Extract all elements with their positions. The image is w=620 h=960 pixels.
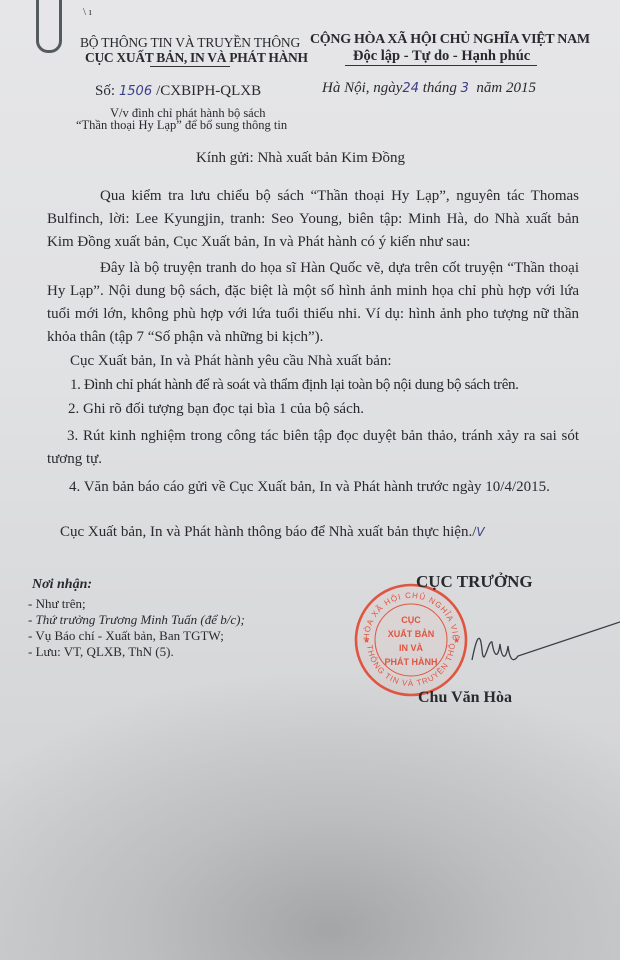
body-paragraph-2: Đây là bộ truyện tranh do họa sĩ Hàn Quố…	[47, 257, 579, 349]
recipient-item: - Vụ Báo chí - Xuất bản, Ban TGTW;	[28, 628, 224, 644]
national-motto: Độc lập - Tự do - Hạnh phúc	[353, 48, 530, 65]
request-intro: Cục Xuất bản, In và Phát hành yêu cầu Nh…	[70, 353, 392, 370]
request-item-3: 3. Rút kinh nghiệm trong công tác biên t…	[47, 425, 579, 471]
date-year: năm 2015	[476, 80, 536, 96]
handwritten-number: 1506	[119, 84, 152, 99]
svg-text:CỤC: CỤC	[401, 615, 421, 625]
pen-mark: \ ı	[83, 6, 92, 18]
greeting: Kính gửi: Nhà xuất bản Kim Đồng	[196, 150, 405, 167]
signatory-title: CỤC TRƯỞNG	[416, 572, 533, 592]
svg-text:★: ★	[453, 636, 460, 645]
ministry-name: BỘ THÔNG TIN VÀ TRUYỀN THÔNG	[80, 35, 300, 51]
country-name: CỘNG HÒA XÃ HỘI CHỦ NGHĨA VIỆT NAM	[310, 32, 590, 48]
date-place: Hà Nội, ngày	[322, 80, 402, 96]
request-item-2: 2. Ghi rõ đối tượng bạn đọc tại bìa 1 củ…	[68, 401, 364, 418]
closing-text: Cục Xuất bản, In và Phát hành thông báo …	[60, 524, 476, 540]
date-month-label: tháng	[423, 80, 457, 96]
body-paragraph-1: Qua kiểm tra lưu chiểu bộ sách “Thần tho…	[47, 185, 579, 254]
subject-line-2: “Thần thoại Hy Lạp” để bổ sung thông tin	[76, 118, 287, 133]
svg-text:IN VÀ: IN VÀ	[399, 643, 424, 653]
svg-text:★: ★	[363, 636, 370, 645]
initial-mark: V	[476, 525, 484, 539]
department-underline	[150, 66, 230, 67]
number-suffix: /CXBIPH-QLXB	[156, 83, 261, 99]
signer-name: Chu Văn Hòa	[418, 689, 512, 707]
recipient-item: - Thứ trưởng Trương Minh Tuấn (để b/c);	[28, 612, 245, 628]
number-prefix: Số:	[95, 83, 115, 99]
recipient-item: - Lưu: VT, QLXB, ThN (5).	[28, 644, 174, 660]
document-page: \ ı BỘ THÔNG TIN VÀ TRUYỀN THÔNG CỤC XUẤ…	[0, 0, 620, 960]
motto-underline	[345, 65, 537, 66]
recipient-item: - Như trên;	[28, 596, 86, 612]
closing-line: Cục Xuất bản, In và Phát hành thông báo …	[60, 524, 485, 541]
date-day: 24	[402, 81, 419, 96]
document-number: Số:1506/CXBIPH-QLXB	[95, 83, 261, 100]
department-name: CỤC XUẤT BẢN, IN VÀ PHÁT HÀNH	[85, 50, 308, 66]
official-stamp-icon: CỘNG HÒA XÃ HỘI CHỦ NGHĨA VIỆT NAM BỘ TH…	[353, 582, 469, 698]
svg-text:XUẤT BẢN: XUẤT BẢN	[388, 628, 435, 639]
handwritten-signature-icon	[470, 620, 620, 680]
date-month: 3	[461, 81, 469, 96]
recipients-title: Nơi nhận:	[32, 577, 92, 593]
request-item-1: 1. Đình chỉ phát hành để rà soát và thẩm…	[70, 377, 519, 394]
svg-text:PHÁT HÀNH: PHÁT HÀNH	[385, 657, 438, 667]
issue-date: Hà Nội, ngày24 tháng 3 năm 2015	[322, 80, 536, 97]
paper-clip-icon	[36, 0, 62, 53]
request-item-4: 4. Văn bản báo cáo gửi về Cục Xuất bản, …	[47, 476, 579, 499]
